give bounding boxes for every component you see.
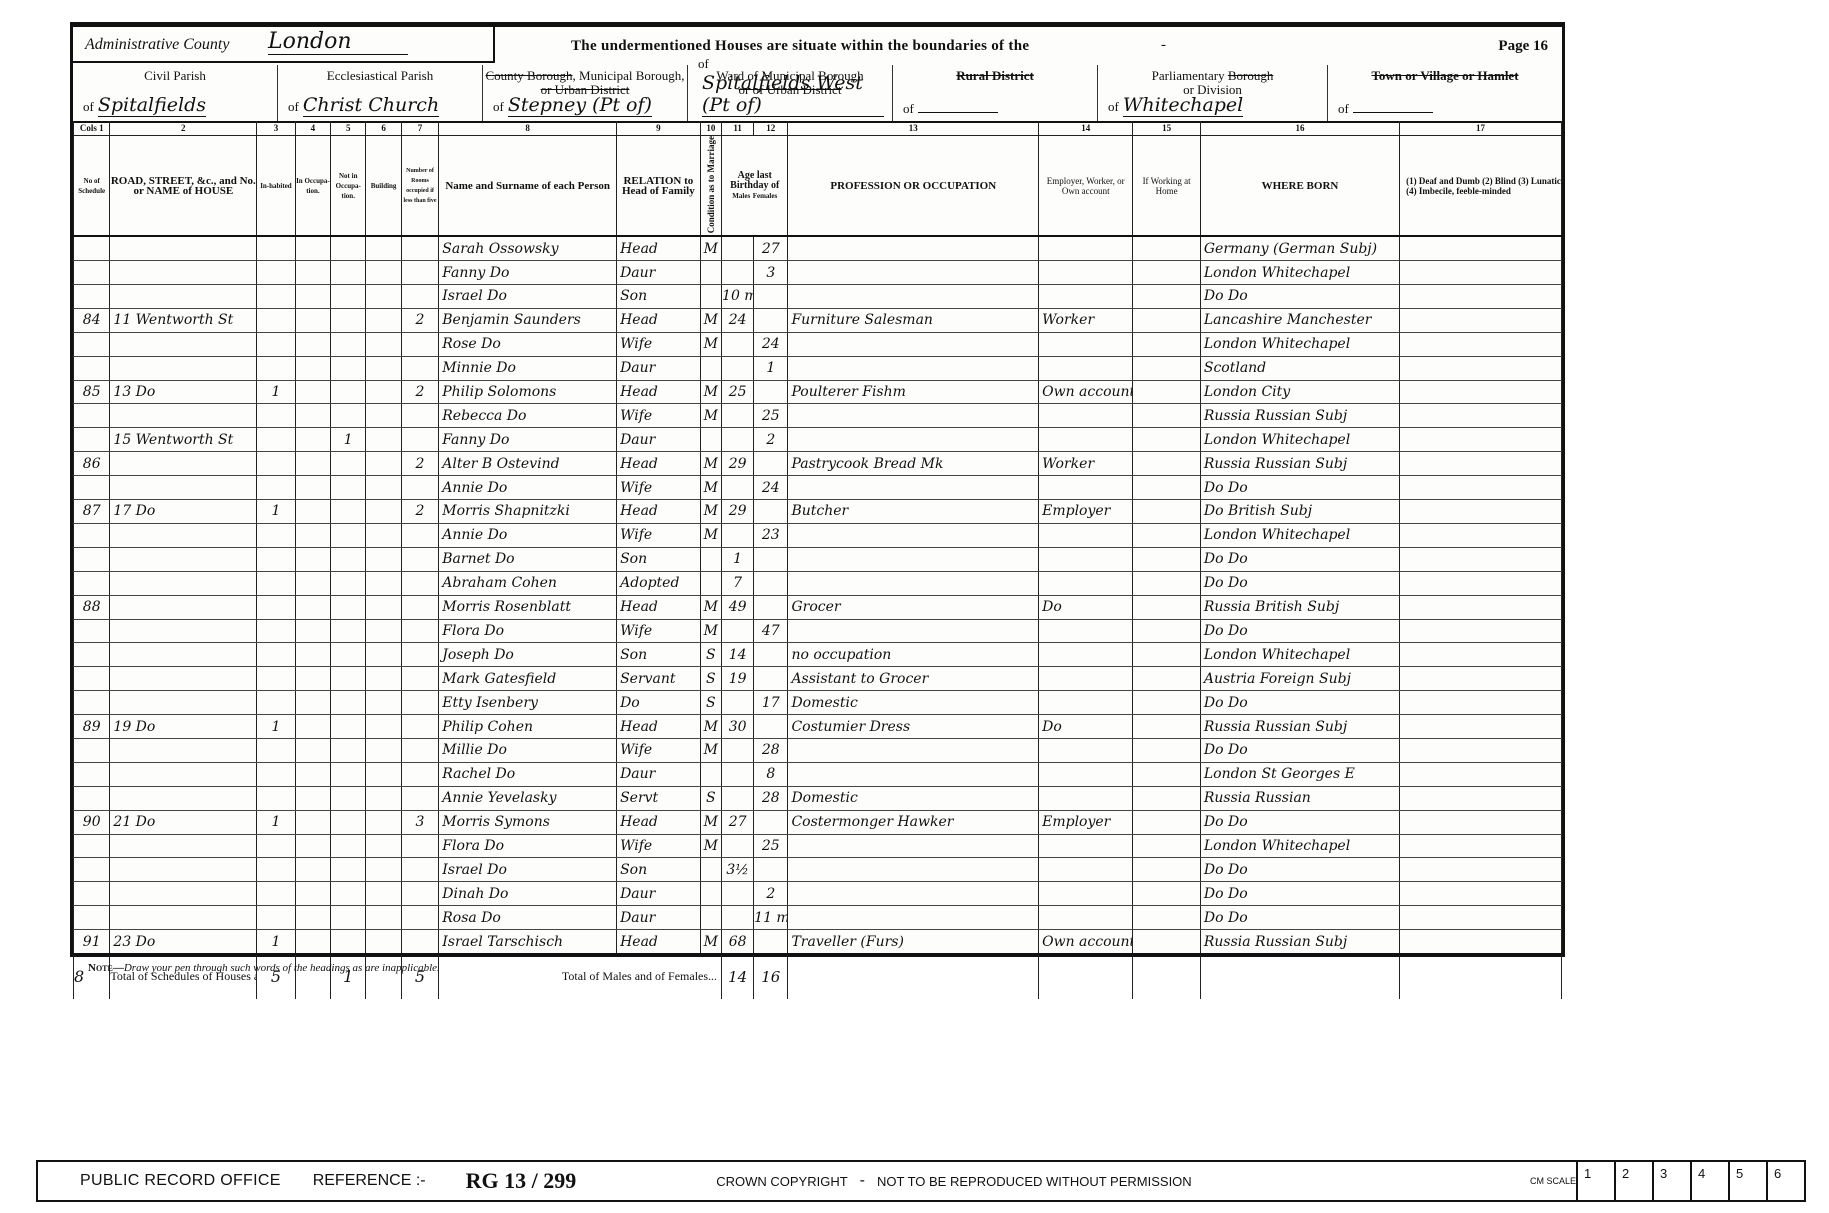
row-not-in-occupation bbox=[331, 786, 366, 810]
row-female-age bbox=[754, 285, 788, 309]
row-condition bbox=[700, 858, 721, 882]
row-rooms: 2 bbox=[401, 380, 438, 404]
row-schedule: 89 bbox=[74, 715, 110, 739]
row-female-age: 2 bbox=[754, 428, 788, 452]
row-female-age bbox=[754, 858, 788, 882]
row-schedule: 91 bbox=[74, 930, 110, 954]
row-building bbox=[366, 476, 401, 500]
row-building bbox=[366, 452, 401, 476]
table-row: 9021 Do13Morris SymonsHeadM27Costermonge… bbox=[74, 810, 1562, 834]
row-relation: Head bbox=[617, 500, 701, 524]
row-occupation bbox=[788, 738, 1039, 762]
row-rooms bbox=[401, 786, 438, 810]
row-name: Flora Do bbox=[439, 619, 617, 643]
row-in-occupation bbox=[295, 691, 330, 715]
row-infirmity bbox=[1400, 786, 1562, 810]
row-condition: M bbox=[700, 500, 721, 524]
row-not-in-occupation bbox=[331, 691, 366, 715]
header-infirmity: (1) Deaf and Dumb (2) Blind (3) Lunatic … bbox=[1400, 136, 1562, 237]
row-at-home bbox=[1133, 332, 1200, 356]
row-rooms bbox=[401, 906, 438, 930]
row-condition: M bbox=[700, 834, 721, 858]
row-male-age: 10 mos bbox=[722, 285, 754, 309]
area-rural-district: Rural District of bbox=[893, 65, 1098, 121]
row-inhabited bbox=[257, 308, 296, 332]
table-row: 15 Wentworth St1Fanny DoDaur2London Whit… bbox=[74, 428, 1562, 452]
row-in-occupation bbox=[295, 476, 330, 500]
table-row: Sarah OssowskyHeadM27Germany (German Sub… bbox=[74, 236, 1562, 260]
header-schedule: No of Schedule bbox=[74, 136, 110, 237]
row-infirmity bbox=[1400, 738, 1562, 762]
row-inhabited bbox=[257, 332, 296, 356]
row-name: Joseph Do bbox=[439, 643, 617, 667]
row-occupation: Costumier Dress bbox=[788, 715, 1039, 739]
row-address bbox=[110, 619, 257, 643]
area-parliamentary-division: Parliamentary Boroughor Division ofWhite… bbox=[1098, 65, 1328, 121]
row-building bbox=[366, 786, 401, 810]
row-building bbox=[366, 308, 401, 332]
row-not-in-occupation bbox=[331, 308, 366, 332]
row-address bbox=[110, 667, 257, 691]
row-rooms bbox=[401, 715, 438, 739]
row-infirmity bbox=[1400, 308, 1562, 332]
permission-notice: NOT TO BE REPRODUCED WITHOUT PERMISSION bbox=[877, 1174, 1192, 1189]
row-condition bbox=[700, 571, 721, 595]
row-address bbox=[110, 691, 257, 715]
row-building bbox=[366, 500, 401, 524]
row-rooms bbox=[401, 691, 438, 715]
row-where-born: London City bbox=[1200, 380, 1399, 404]
table-row: Abraham CohenAdopted7Do Do bbox=[74, 571, 1562, 595]
table-row: Mark GatesfieldServantS19Assistant to Gr… bbox=[74, 667, 1562, 691]
row-occupation: Costermonger Hawker bbox=[788, 810, 1039, 834]
row-building bbox=[366, 332, 401, 356]
row-at-home bbox=[1133, 882, 1200, 906]
row-not-in-occupation bbox=[331, 930, 366, 954]
row-building bbox=[366, 667, 401, 691]
row-employer bbox=[1039, 523, 1133, 547]
row-condition: S bbox=[700, 667, 721, 691]
row-inhabited bbox=[257, 738, 296, 762]
header-building: Building bbox=[366, 136, 401, 237]
row-in-occupation bbox=[295, 547, 330, 571]
row-rooms: 2 bbox=[401, 452, 438, 476]
row-employer bbox=[1039, 476, 1133, 500]
scale-mark: 3 bbox=[1652, 1162, 1690, 1200]
row-occupation bbox=[788, 882, 1039, 906]
scale-mark: 1 bbox=[1576, 1162, 1614, 1200]
row-condition bbox=[700, 882, 721, 906]
row-relation: Wife bbox=[617, 834, 701, 858]
row-address bbox=[110, 906, 257, 930]
row-schedule bbox=[74, 691, 110, 715]
row-employer bbox=[1039, 882, 1133, 906]
row-female-age: 8 bbox=[754, 762, 788, 786]
total-inhabited: 5 bbox=[257, 954, 296, 999]
row-schedule: 90 bbox=[74, 810, 110, 834]
census-page: Administrative County London The underme… bbox=[70, 22, 1565, 957]
row-at-home bbox=[1133, 810, 1200, 834]
row-address bbox=[110, 356, 257, 380]
row-name: Morris Symons bbox=[439, 810, 617, 834]
row-building bbox=[366, 882, 401, 906]
scale-mark: 6 bbox=[1766, 1162, 1804, 1200]
row-not-in-occupation bbox=[331, 762, 366, 786]
row-inhabited bbox=[257, 691, 296, 715]
row-relation: Head bbox=[617, 595, 701, 619]
row-infirmity bbox=[1400, 404, 1562, 428]
row-in-occupation bbox=[295, 404, 330, 428]
table-row: Israel DoSon3½Do Do bbox=[74, 858, 1562, 882]
row-not-in-occupation bbox=[331, 882, 366, 906]
header-relation: RELATION to Head of Family bbox=[617, 136, 701, 237]
row-where-born: Do Do bbox=[1200, 619, 1399, 643]
row-occupation: no occupation bbox=[788, 643, 1039, 667]
row-male-age: 14 bbox=[722, 643, 754, 667]
row-not-in-occupation bbox=[331, 332, 366, 356]
row-at-home bbox=[1133, 380, 1200, 404]
row-male-age: 29 bbox=[722, 452, 754, 476]
row-rooms: 3 bbox=[401, 810, 438, 834]
row-occupation bbox=[788, 523, 1039, 547]
row-schedule bbox=[74, 786, 110, 810]
row-infirmity bbox=[1400, 476, 1562, 500]
row-at-home bbox=[1133, 786, 1200, 810]
row-building bbox=[366, 619, 401, 643]
rural-district-value bbox=[918, 112, 998, 113]
row-employer bbox=[1039, 691, 1133, 715]
row-address bbox=[110, 261, 257, 285]
table-row: Annie DoWifeM23London Whitechapel bbox=[74, 523, 1562, 547]
row-in-occupation bbox=[295, 571, 330, 595]
row-female-age: 17 bbox=[754, 691, 788, 715]
row-schedule bbox=[74, 285, 110, 309]
row-condition bbox=[700, 762, 721, 786]
row-name: Alter B Ostevind bbox=[439, 452, 617, 476]
reference-value: RG 13 / 299 bbox=[466, 1168, 577, 1194]
row-not-in-occupation bbox=[331, 643, 366, 667]
row-building bbox=[366, 380, 401, 404]
row-employer: Do bbox=[1039, 595, 1133, 619]
row-occupation bbox=[788, 834, 1039, 858]
area-ecclesiastical-parish: Ecclesiastical Parish ofChrist Church bbox=[278, 65, 483, 121]
row-at-home bbox=[1133, 285, 1200, 309]
row-not-in-occupation bbox=[331, 595, 366, 619]
row-relation: Daur bbox=[617, 882, 701, 906]
row-employer bbox=[1039, 906, 1133, 930]
row-address bbox=[110, 834, 257, 858]
row-building bbox=[366, 285, 401, 309]
total-label: Total of Schedules of Houses and of Tene… bbox=[110, 954, 257, 999]
row-building bbox=[366, 595, 401, 619]
row-employer bbox=[1039, 858, 1133, 882]
row-rooms: 2 bbox=[401, 308, 438, 332]
row-female-age: 3 bbox=[754, 261, 788, 285]
row-where-born: Scotland bbox=[1200, 356, 1399, 380]
row-male-age bbox=[722, 619, 754, 643]
row-inhabited bbox=[257, 452, 296, 476]
row-where-born: Russia Russian bbox=[1200, 786, 1399, 810]
header-condition: Condition as to Marriage bbox=[700, 136, 721, 237]
row-condition: S bbox=[700, 786, 721, 810]
row-schedule bbox=[74, 523, 110, 547]
row-employer bbox=[1039, 332, 1133, 356]
row-rooms bbox=[401, 332, 438, 356]
row-where-born: Do British Subj bbox=[1200, 500, 1399, 524]
table-row: 8513 Do12Philip SolomonsHeadM25Poulterer… bbox=[74, 380, 1562, 404]
row-occupation bbox=[788, 236, 1039, 260]
row-at-home bbox=[1133, 308, 1200, 332]
row-in-occupation bbox=[295, 332, 330, 356]
row-schedule: 88 bbox=[74, 595, 110, 619]
dash-mark: - bbox=[1161, 37, 1166, 54]
row-building bbox=[366, 261, 401, 285]
row-inhabited: 1 bbox=[257, 930, 296, 954]
row-in-occupation bbox=[295, 667, 330, 691]
row-name: Israel Tarschisch bbox=[439, 930, 617, 954]
row-schedule bbox=[74, 619, 110, 643]
row-where-born: Do Do bbox=[1200, 691, 1399, 715]
row-address bbox=[110, 643, 257, 667]
row-schedule bbox=[74, 428, 110, 452]
row-at-home bbox=[1133, 858, 1200, 882]
row-female-age bbox=[754, 667, 788, 691]
row-inhabited bbox=[257, 476, 296, 500]
row-not-in-occupation bbox=[331, 476, 366, 500]
table-row: 8717 Do12Morris ShapnitzkiHeadM29Butcher… bbox=[74, 500, 1562, 524]
row-condition: M bbox=[700, 930, 721, 954]
row-where-born: Do Do bbox=[1200, 810, 1399, 834]
row-schedule bbox=[74, 858, 110, 882]
town-village-value bbox=[1353, 112, 1433, 113]
row-at-home bbox=[1133, 738, 1200, 762]
row-occupation bbox=[788, 547, 1039, 571]
table-row: Barnet DoSon1Do Do bbox=[74, 547, 1562, 571]
row-address: 23 Do bbox=[110, 930, 257, 954]
row-building bbox=[366, 571, 401, 595]
row-relation: Daur bbox=[617, 356, 701, 380]
row-male-age: 7 bbox=[722, 571, 754, 595]
table-row: 88Morris RosenblattHeadM49GrocerDoRussia… bbox=[74, 595, 1562, 619]
row-not-in-occupation bbox=[331, 500, 366, 524]
row-relation: Son bbox=[617, 643, 701, 667]
total-not-in-occupation: 1 bbox=[331, 954, 366, 999]
row-not-in-occupation bbox=[331, 404, 366, 428]
row-male-age bbox=[722, 906, 754, 930]
admin-county-value: London bbox=[268, 29, 408, 55]
row-in-occupation bbox=[295, 285, 330, 309]
row-not-in-occupation bbox=[331, 285, 366, 309]
row-male-age bbox=[722, 236, 754, 260]
row-male-age: 3½ bbox=[722, 858, 754, 882]
row-at-home bbox=[1133, 595, 1200, 619]
row-at-home bbox=[1133, 404, 1200, 428]
scale-mark: 4 bbox=[1690, 1162, 1728, 1200]
row-relation: Wife bbox=[617, 523, 701, 547]
row-relation: Son bbox=[617, 547, 701, 571]
row-inhabited bbox=[257, 882, 296, 906]
row-name: Abraham Cohen bbox=[439, 571, 617, 595]
row-at-home bbox=[1133, 619, 1200, 643]
row-at-home bbox=[1133, 476, 1200, 500]
row-not-in-occupation bbox=[331, 715, 366, 739]
row-in-occupation bbox=[295, 380, 330, 404]
row-building bbox=[366, 930, 401, 954]
row-address bbox=[110, 786, 257, 810]
header-at-home: If Working at Home bbox=[1133, 136, 1200, 237]
row-schedule bbox=[74, 667, 110, 691]
row-building bbox=[366, 738, 401, 762]
row-where-born: Germany (German Subj) bbox=[1200, 236, 1399, 260]
row-employer: Do bbox=[1039, 715, 1133, 739]
row-relation: Son bbox=[617, 858, 701, 882]
row-rooms bbox=[401, 428, 438, 452]
row-at-home bbox=[1133, 356, 1200, 380]
row-not-in-occupation: 1 bbox=[331, 428, 366, 452]
row-schedule bbox=[74, 571, 110, 595]
row-male-age bbox=[722, 738, 754, 762]
row-occupation bbox=[788, 285, 1039, 309]
table-row: Flora DoWifeM47Do Do bbox=[74, 619, 1562, 643]
row-female-age: 47 bbox=[754, 619, 788, 643]
row-address bbox=[110, 523, 257, 547]
row-employer: Worker bbox=[1039, 308, 1133, 332]
row-occupation bbox=[788, 356, 1039, 380]
row-building bbox=[366, 691, 401, 715]
row-employer bbox=[1039, 619, 1133, 643]
row-not-in-occupation bbox=[331, 619, 366, 643]
row-relation: Son bbox=[617, 285, 701, 309]
row-condition: M bbox=[700, 380, 721, 404]
row-male-age bbox=[722, 834, 754, 858]
row-name: Minnie Do bbox=[439, 356, 617, 380]
row-building bbox=[366, 547, 401, 571]
row-at-home bbox=[1133, 643, 1200, 667]
row-relation: Head bbox=[617, 236, 701, 260]
row-relation: Wife bbox=[617, 476, 701, 500]
row-relation: Head bbox=[617, 308, 701, 332]
row-inhabited bbox=[257, 285, 296, 309]
row-female-age: 1 bbox=[754, 356, 788, 380]
row-female-age bbox=[754, 547, 788, 571]
row-in-occupation bbox=[295, 643, 330, 667]
row-where-born: Do Do bbox=[1200, 285, 1399, 309]
row-employer bbox=[1039, 547, 1133, 571]
row-female-age: 28 bbox=[754, 738, 788, 762]
header-age: Age last Birthday ofMales Females bbox=[722, 136, 788, 237]
row-address bbox=[110, 595, 257, 619]
row-occupation: Traveller (Furs) bbox=[788, 930, 1039, 954]
row-building bbox=[366, 404, 401, 428]
row-occupation bbox=[788, 858, 1039, 882]
row-name: Mark Gatesfield bbox=[439, 667, 617, 691]
row-occupation: Grocer bbox=[788, 595, 1039, 619]
office-name: PUBLIC RECORD OFFICE bbox=[80, 1172, 281, 1190]
row-not-in-occupation bbox=[331, 356, 366, 380]
row-employer bbox=[1039, 404, 1133, 428]
row-occupation bbox=[788, 476, 1039, 500]
row-condition: M bbox=[700, 332, 721, 356]
row-inhabited: 1 bbox=[257, 715, 296, 739]
row-at-home bbox=[1133, 667, 1200, 691]
row-condition: M bbox=[700, 810, 721, 834]
row-female-age bbox=[754, 810, 788, 834]
row-inhabited bbox=[257, 356, 296, 380]
row-relation: Do bbox=[617, 691, 701, 715]
census-rows: Sarah OssowskyHeadM27Germany (German Sub… bbox=[74, 236, 1562, 954]
row-male-age bbox=[722, 261, 754, 285]
row-building bbox=[366, 906, 401, 930]
row-name: Benjamin Saunders bbox=[439, 308, 617, 332]
scale-mark: 5 bbox=[1728, 1162, 1766, 1200]
row-in-occupation bbox=[295, 236, 330, 260]
row-male-age: 27 bbox=[722, 810, 754, 834]
row-name: Dinah Do bbox=[439, 882, 617, 906]
row-occupation bbox=[788, 571, 1039, 595]
row-address: 21 Do bbox=[110, 810, 257, 834]
row-employer bbox=[1039, 834, 1133, 858]
row-at-home bbox=[1133, 906, 1200, 930]
row-rooms bbox=[401, 285, 438, 309]
row-female-age: 25 bbox=[754, 834, 788, 858]
row-where-born: London Whitechapel bbox=[1200, 261, 1399, 285]
row-male-age bbox=[722, 428, 754, 452]
row-relation: Wife bbox=[617, 332, 701, 356]
row-infirmity bbox=[1400, 643, 1562, 667]
row-infirmity bbox=[1400, 500, 1562, 524]
table-row: Annie YevelaskyServtS28DomesticRussia Ru… bbox=[74, 786, 1562, 810]
row-female-age: 25 bbox=[754, 404, 788, 428]
row-address: 13 Do bbox=[110, 380, 257, 404]
row-relation: Daur bbox=[617, 261, 701, 285]
row-employer bbox=[1039, 786, 1133, 810]
row-where-born: Russia British Subj bbox=[1200, 595, 1399, 619]
row-occupation: Pastrycook Bread Mk bbox=[788, 452, 1039, 476]
row-inhabited: 1 bbox=[257, 810, 296, 834]
row-in-occupation bbox=[295, 452, 330, 476]
row-occupation bbox=[788, 428, 1039, 452]
table-row: 8919 Do1Philip CohenHeadM30Costumier Dre… bbox=[74, 715, 1562, 739]
row-inhabited bbox=[257, 667, 296, 691]
row-schedule bbox=[74, 476, 110, 500]
row-inhabited bbox=[257, 834, 296, 858]
row-occupation bbox=[788, 619, 1039, 643]
row-male-age: 1 bbox=[722, 547, 754, 571]
row-rooms bbox=[401, 356, 438, 380]
table-row: Fanny DoDaur3London Whitechapel bbox=[74, 261, 1562, 285]
row-infirmity bbox=[1400, 571, 1562, 595]
row-female-age bbox=[754, 452, 788, 476]
header-not-in-occupation: Not in Occupa-tion. bbox=[331, 136, 366, 237]
row-occupation bbox=[788, 332, 1039, 356]
row-at-home bbox=[1133, 547, 1200, 571]
row-relation: Daur bbox=[617, 428, 701, 452]
row-schedule bbox=[74, 738, 110, 762]
row-infirmity bbox=[1400, 332, 1562, 356]
row-infirmity bbox=[1400, 595, 1562, 619]
row-occupation bbox=[788, 404, 1039, 428]
row-building bbox=[366, 834, 401, 858]
table-row: Rachel DoDaur8London St Georges E bbox=[74, 762, 1562, 786]
totals-row: 8 Total of Schedules of Houses and of Te… bbox=[74, 954, 1562, 999]
row-occupation: Domestic bbox=[788, 691, 1039, 715]
row-where-born: Do Do bbox=[1200, 906, 1399, 930]
ward-value: Spitalfields West (Pt of) bbox=[702, 72, 884, 117]
row-not-in-occupation bbox=[331, 380, 366, 404]
row-rooms bbox=[401, 595, 438, 619]
row-male-age bbox=[722, 356, 754, 380]
row-schedule bbox=[74, 404, 110, 428]
